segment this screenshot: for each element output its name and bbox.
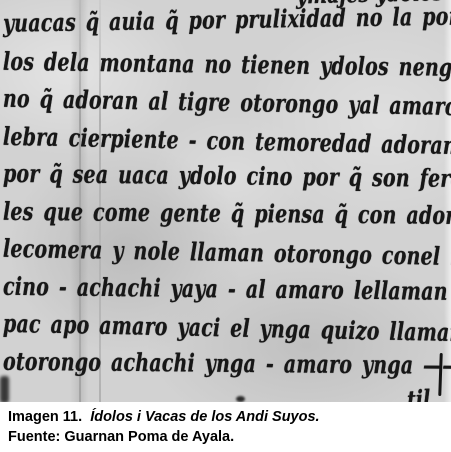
manuscript-line: los dela montana no tienen ydolos nengun… <box>3 44 451 86</box>
manuscript-line: por q̃ sea uaca ydolo cino por q̃ son fe… <box>3 156 451 197</box>
figure-with-caption: ymajes ydolos yuacas q̃ auia q̃ por prul… <box>0 0 451 452</box>
ink-smudge <box>0 376 9 402</box>
manuscript-line: cino - achachi yaya - al amaro lellaman … <box>3 269 451 310</box>
figure-caption: Imagen 11. Ídolos i Vacas de los Andi Su… <box>0 402 451 452</box>
caption-line-title: Imagen 11. Ídolos i Vacas de los Andi Su… <box>8 407 451 427</box>
caption-title: Ídolos i Vacas de los Andi Suyos. <box>90 409 319 425</box>
manuscript-line: otorongo achachi ynga - amaro ynga —————… <box>3 344 451 384</box>
manuscript-line-fragment: til <box>407 385 431 402</box>
caption-label: Imagen 11. <box>8 409 82 425</box>
manuscript-line: les que come gente q̃ piensa q̃ con ador… <box>3 194 451 234</box>
caption-source: Fuente: Guarnan Poma de Ayala. <box>8 427 451 447</box>
manuscript-scan-image: ymajes ydolos yuacas q̃ auia q̃ por prul… <box>0 0 451 402</box>
manuscript-line: yuacas q̃ auia q̃ por prulixidad no la p… <box>3 0 451 42</box>
